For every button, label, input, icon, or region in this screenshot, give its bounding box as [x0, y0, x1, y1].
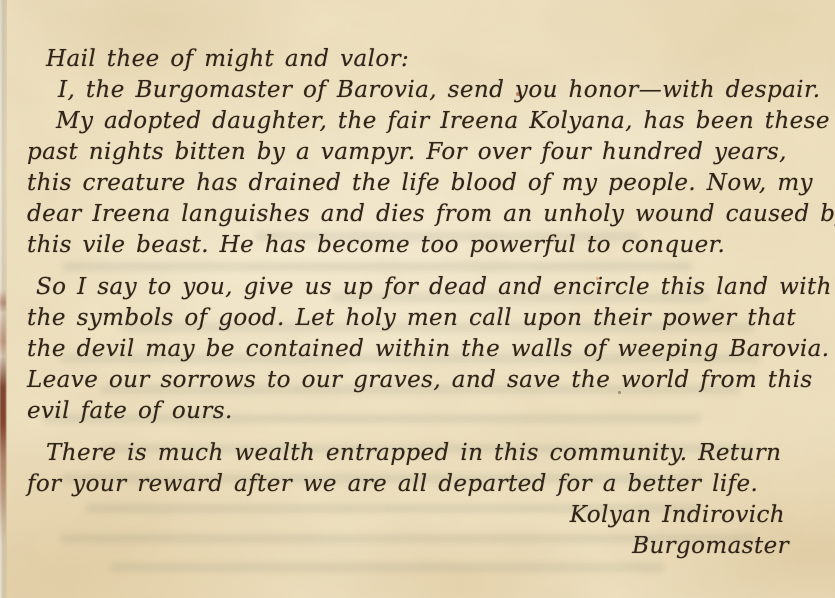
letter-line: My adopted daughter, the fair Ireena Kol…: [27, 106, 835, 137]
letter-line: I, the Burgomaster of Barovia, send you …: [27, 75, 835, 106]
letter-body: Hail thee of might and valor: I, the Bur…: [27, 44, 835, 562]
letter-line: There is much wealth entrapped in this c…: [27, 438, 835, 469]
letter-line: this vile beast. He has become too power…: [27, 230, 835, 261]
letter-line: this creature has drained the life blood…: [27, 168, 835, 199]
letter-line-salutation: Hail thee of might and valor:: [27, 44, 835, 75]
letter-line: evil fate of ours.: [27, 396, 835, 427]
parchment-letter-page: Hail thee of might and valor: I, the Bur…: [0, 0, 835, 598]
letter-line: the devil may be contained within the wa…: [27, 334, 835, 365]
letter-line: Leave our sorrows to our graves, and sav…: [27, 365, 835, 396]
signature-title: Burgomaster: [27, 531, 835, 562]
letter-line: dear Ireena languishes and dies from an …: [27, 199, 835, 230]
letter-line: So I say to you, give us up for dead and…: [27, 272, 835, 303]
page-left-edge: [0, 0, 7, 598]
signature-name: Kolyan Indirovich: [27, 500, 835, 531]
show-through-smudge: [110, 563, 665, 572]
letter-line: past nights bitten by a vampyr. For over…: [27, 137, 835, 168]
letter-line: the symbols of good. Let holy men call u…: [27, 303, 835, 334]
binding-stain: [0, 290, 6, 545]
letter-line: for your reward after we are all departe…: [27, 469, 835, 500]
